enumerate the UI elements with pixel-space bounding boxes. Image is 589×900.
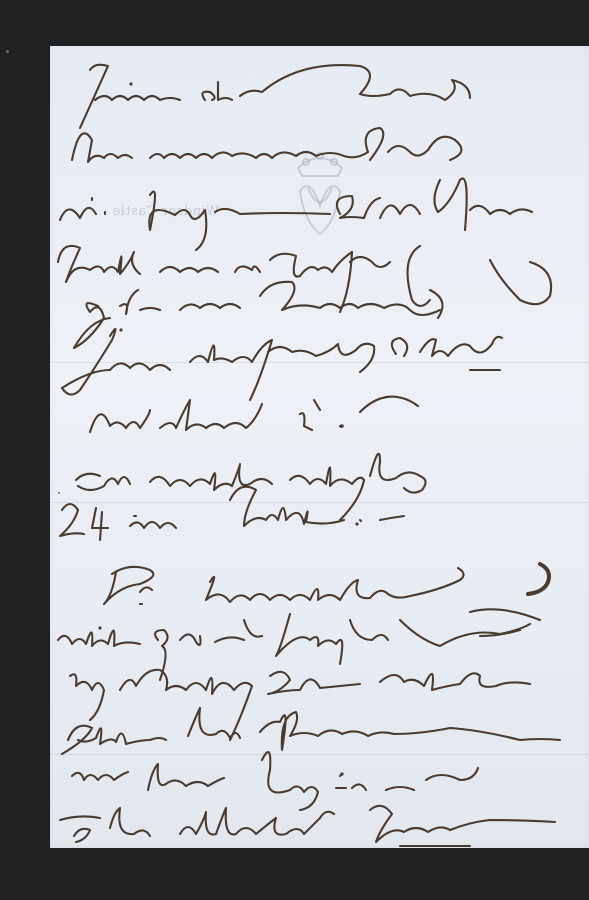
dust-speck (6, 50, 9, 53)
handwriting-flourish (528, 564, 549, 594)
dust-speck (58, 492, 60, 494)
handwriting-flourish (408, 246, 552, 318)
handwriting-line-11 (58, 614, 530, 680)
